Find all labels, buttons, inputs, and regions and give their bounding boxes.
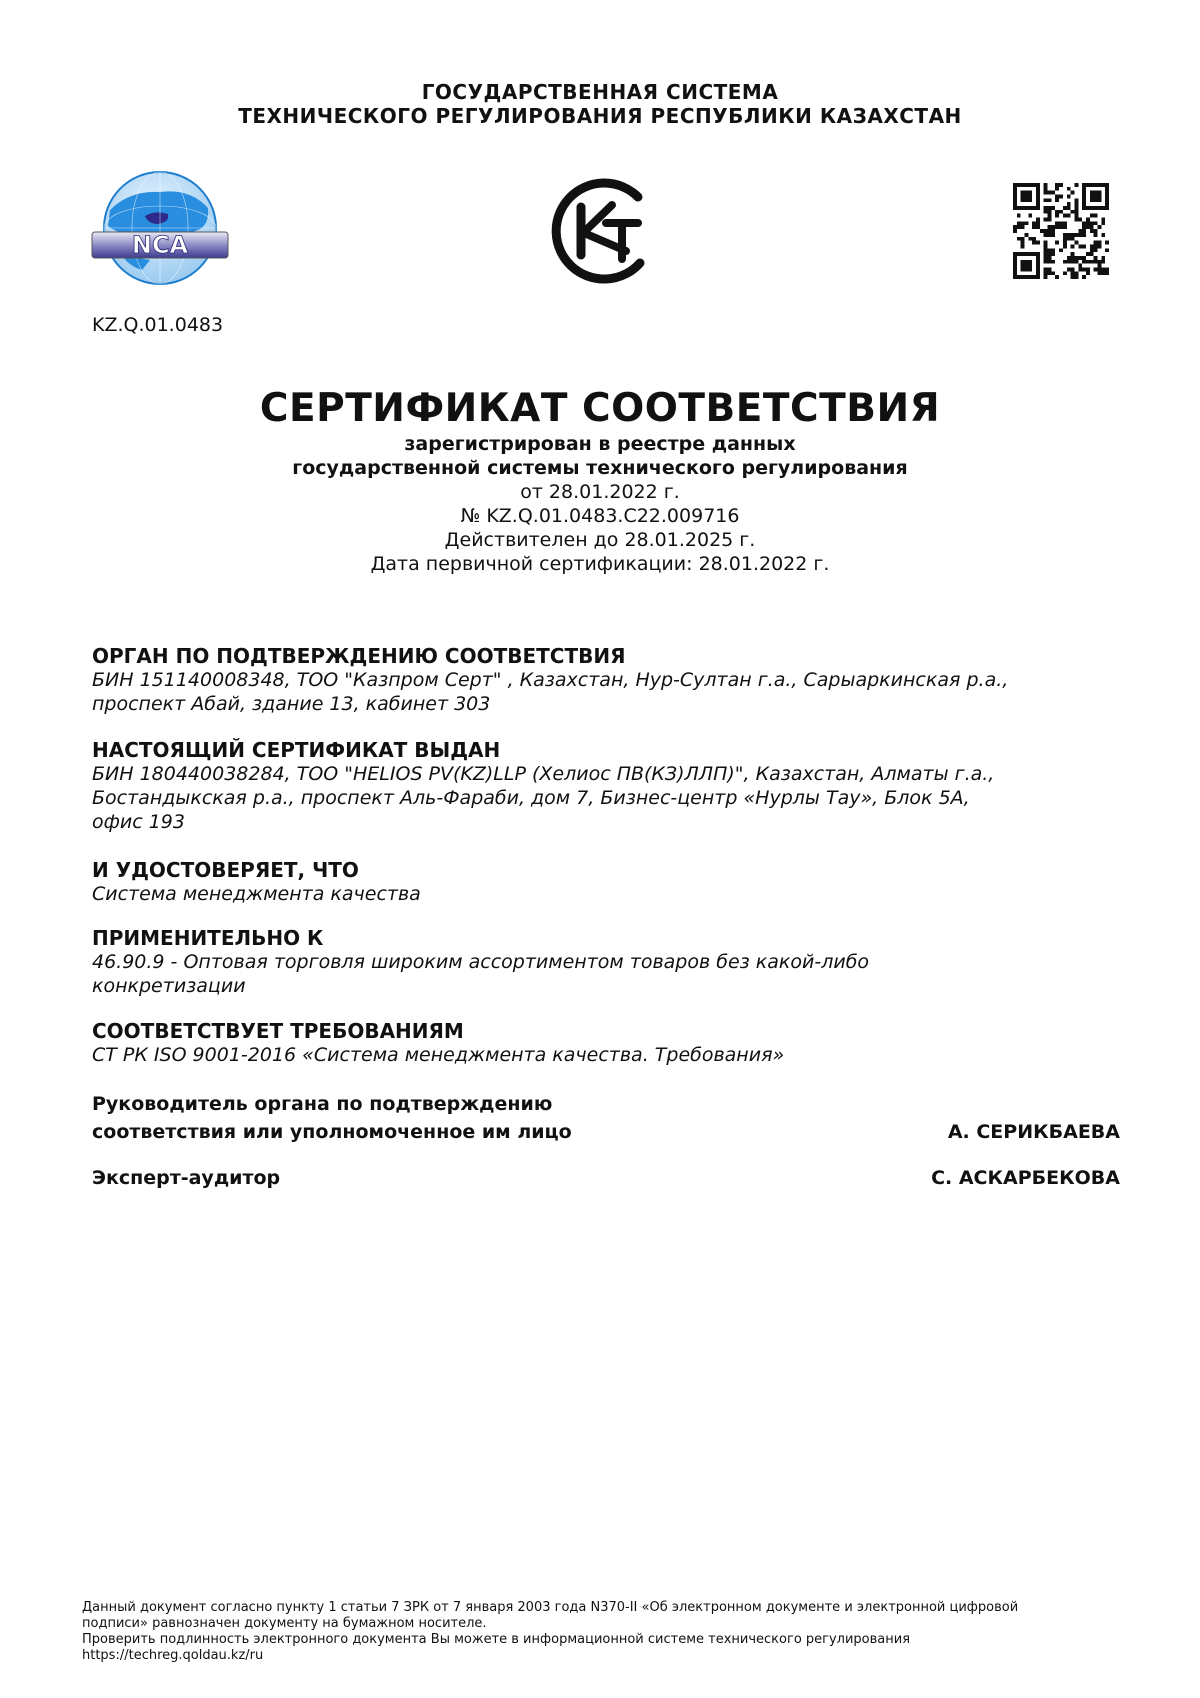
header-title: ГОСУДАРСТВЕННАЯ СИСТЕМА ТЕХНИЧЕСКОГО РЕГ… — [0, 80, 1200, 128]
section-line: БИН 180440038284, ТОО "HELIOS PV(KZ)LLP … — [92, 762, 1132, 786]
footer-line-3: Проверить подлинность электронного докум… — [82, 1632, 1122, 1648]
header-line-2: ТЕХНИЧЕСКОГО РЕГУЛИРОВАНИЯ РЕСПУБЛИКИ КА… — [0, 104, 1200, 128]
kt-conformity-mark-icon — [548, 175, 656, 287]
certificate-number: № KZ.Q.01.0483.C22.009716 — [0, 504, 1200, 528]
registered-line-1: зарегистрирован в реестре данных — [0, 432, 1200, 456]
signature-auditor: Эксперт-аудитор С. АСКАРБЕКОВА — [92, 1164, 1120, 1192]
header-line-1: ГОСУДАРСТВЕННАЯ СИСТЕМА — [0, 80, 1200, 104]
section-certification-body: ОРГАН ПО ПОДТВЕРЖДЕНИЮ СООТВЕТСТВИЯ БИН … — [92, 644, 1132, 716]
first-certification-date: Дата первичной сертификации: 28.01.2022 … — [0, 552, 1200, 576]
section-applicable-to: ПРИМЕНИТЕЛЬНО К 46.90.9 - Оптовая торгов… — [92, 926, 1132, 998]
section-line: СТ РК ISO 9001-2016 «Система менеджмента… — [92, 1043, 1132, 1067]
section-heading: ОРГАН ПО ПОДТВЕРЖДЕНИЮ СООТВЕТСТВИЯ — [92, 644, 1132, 668]
section-heading: ПРИМЕНИТЕЛЬНО К — [92, 926, 1132, 950]
section-heading: И УДОСТОВЕРЯЕТ, ЧТО — [92, 858, 1132, 882]
section-certifies: И УДОСТОВЕРЯЕТ, ЧТО Система менеджмента … — [92, 858, 1132, 906]
section-issued-to: НАСТОЯЩИЙ СЕРТИФИКАТ ВЫДАН БИН 180440038… — [92, 738, 1132, 834]
section-line: офис 193 — [92, 810, 1132, 834]
section-line: проспект Абай, здание 13, кабинет 303 — [92, 692, 1132, 716]
accreditation-code: KZ.Q.01.0483 — [92, 314, 223, 336]
svg-text:NCA: NCA — [132, 231, 189, 259]
footer-note: Данный документ согласно пункту 1 статьи… — [82, 1600, 1122, 1664]
registered-line-2: государственной системы технического рег… — [0, 456, 1200, 480]
head-label-line-1: Руководитель органа по подтверждению — [92, 1090, 1120, 1118]
section-complies-with: СООТВЕТСТВУЕТ ТРЕБОВАНИЯМ СТ РК ISO 9001… — [92, 1019, 1132, 1067]
section-heading: СООТВЕТСТВУЕТ ТРЕБОВАНИЯМ — [92, 1019, 1132, 1043]
qr-code-icon[interactable] — [1013, 183, 1109, 279]
registration-date: от 28.01.2022 г. — [0, 480, 1200, 504]
valid-until: Действителен до 28.01.2025 г. — [0, 528, 1200, 552]
auditor-name: С. АСКАРБЕКОВА — [931, 1164, 1120, 1192]
footer-line-2: подписи» равнозначен документу на бумажн… — [82, 1616, 1122, 1632]
footer-link[interactable]: https://techreg.qoldau.kz/ru — [82, 1648, 1122, 1664]
section-line: 46.90.9 - Оптовая торговля широким ассор… — [92, 950, 1132, 974]
section-line: Бостандыкская р.а., проспект Аль-Фараби,… — [92, 786, 1132, 810]
signature-head: Руководитель органа по подтверждению соо… — [92, 1090, 1120, 1146]
section-line: конкретизации — [92, 974, 1132, 998]
certificate-registration-info: зарегистрирован в реестре данных государ… — [0, 432, 1200, 576]
section-line: Система менеджмента качества — [92, 882, 1132, 906]
head-name: А. СЕРИКБАЕВА — [948, 1118, 1120, 1146]
footer-line-1: Данный документ согласно пункту 1 статьи… — [82, 1600, 1122, 1616]
nca-globe-logo-icon: NCA — [90, 170, 230, 290]
section-heading: НАСТОЯЩИЙ СЕРТИФИКАТ ВЫДАН — [92, 738, 1132, 762]
certificate-title: СЕРТИФИКАТ СООТВЕТСТВИЯ — [0, 386, 1200, 431]
section-line: БИН 151140008348, ТОО "Казпром Серт" , К… — [92, 668, 1132, 692]
